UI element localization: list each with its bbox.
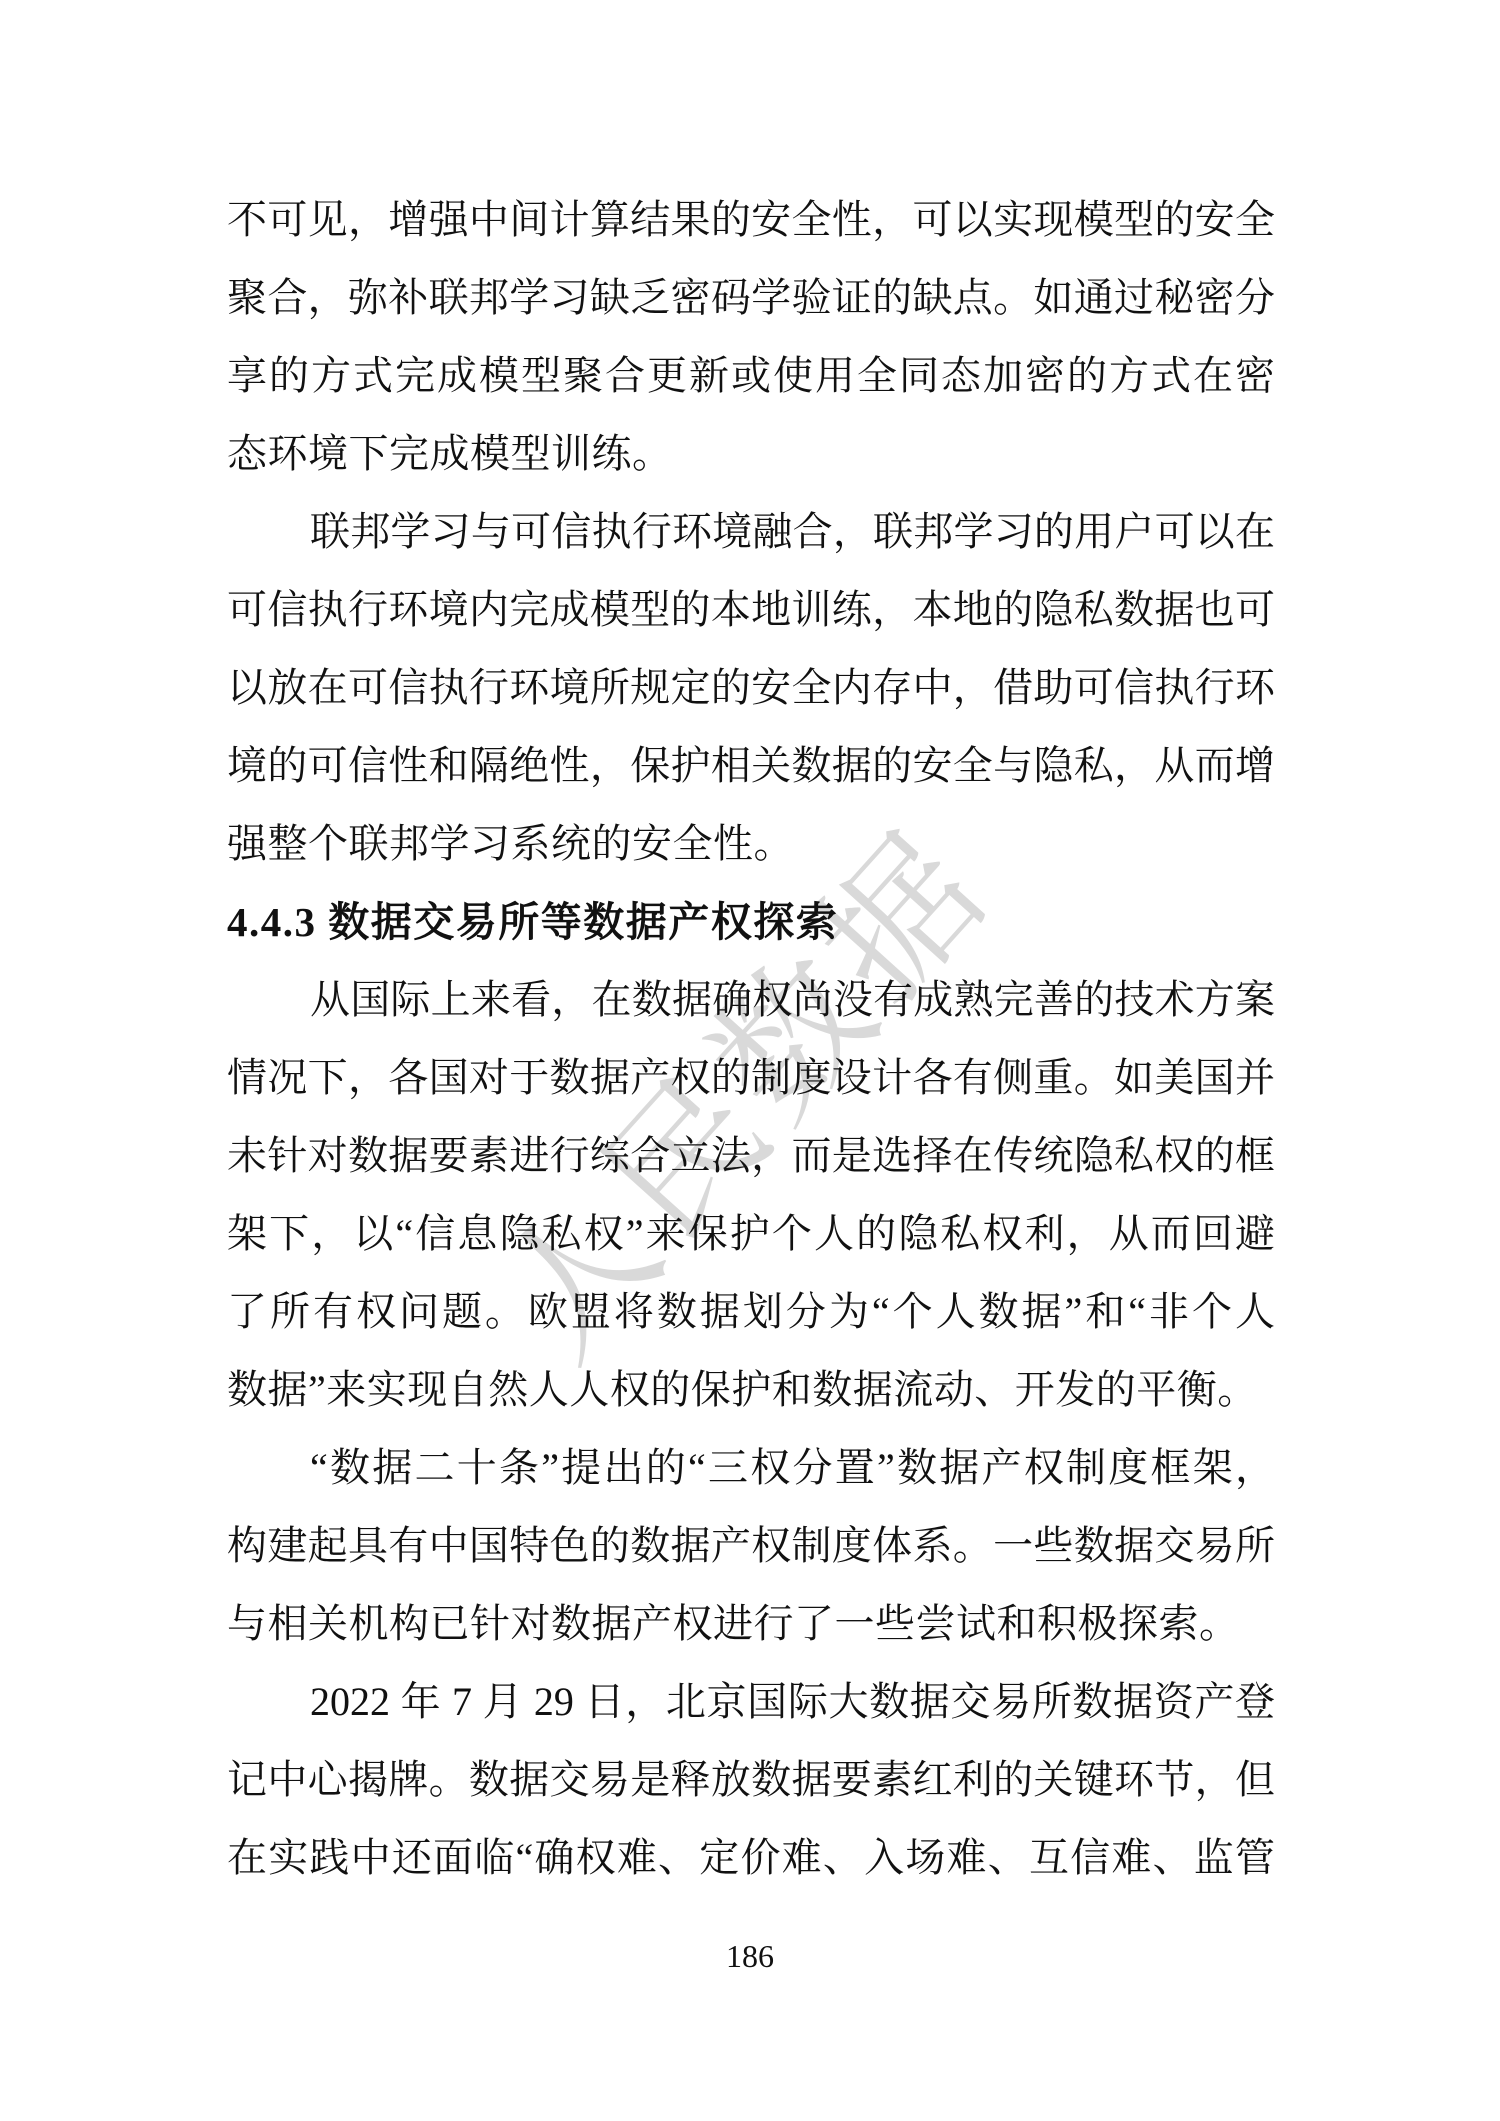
text-line: 记中心揭牌。数据交易是释放数据要素红利的关键环节，但 [227,1741,1275,1819]
text-line: 未针对数据要素进行综合立法，而是选择在传统隐私权的框 [227,1117,1275,1195]
document-page: 人民数据 不可见，增强中间计算结果的安全性，可以实现模型的安全聚合，弥补联邦学习… [0,0,1500,2121]
text-line: 聚合，弥补联邦学习缺乏密码学验证的缺点。如通过秘密分 [227,259,1275,337]
text-line: 与相关机构已针对数据产权进行了一些尝试和积极探索。 [227,1585,1275,1663]
text-line: 数据”来实现自然人人权的保护和数据流动、开发的平衡。 [227,1351,1275,1429]
section-heading: 4.4.3 数据交易所等数据产权探索 [227,883,1275,961]
page-number: 186 [0,1938,1500,1975]
text-line: 态环境下完成模型训练。 [227,415,1275,493]
text-line: 可信执行环境内完成模型的本地训练，本地的隐私数据也可 [227,571,1275,649]
text-line: 构建起具有中国特色的数据产权制度体系。一些数据交易所 [227,1507,1275,1585]
text-line: 架下，以“信息隐私权”来保护个人的隐私权利，从而回避 [227,1195,1275,1273]
text-line: “数据二十条”提出的“三权分置”数据产权制度框架， [227,1429,1275,1507]
text-line: 2022 年 7 月 29 日，北京国际大数据交易所数据资产登 [227,1663,1275,1741]
text-line: 享的方式完成模型聚合更新或使用全同态加密的方式在密 [227,337,1275,415]
text-line: 境的可信性和隔绝性，保护相关数据的安全与隐私，从而增 [227,727,1275,805]
paragraph: 2022 年 7 月 29 日，北京国际大数据交易所数据资产登记中心揭牌。数据交… [227,1663,1275,1897]
text-line: 强整个联邦学习系统的安全性。 [227,805,1275,883]
page-content: 不可见，增强中间计算结果的安全性，可以实现模型的安全聚合，弥补联邦学习缺乏密码学… [227,181,1275,1897]
text-line: 以放在可信执行环境所规定的安全内存中，借助可信执行环 [227,649,1275,727]
paragraph: 从国际上来看，在数据确权尚没有成熟完善的技术方案情况下，各国对于数据产权的制度设… [227,961,1275,1429]
text-line: 在实践中还面临“确权难、定价难、入场难、互信难、监管 [227,1819,1275,1897]
text-line: 从国际上来看，在数据确权尚没有成熟完善的技术方案 [227,961,1275,1039]
text-line: 了所有权问题。欧盟将数据划分为“个人数据”和“非个人 [227,1273,1275,1351]
paragraph: “数据二十条”提出的“三权分置”数据产权制度框架，构建起具有中国特色的数据产权制… [227,1429,1275,1663]
text-line: 情况下，各国对于数据产权的制度设计各有侧重。如美国并 [227,1039,1275,1117]
paragraph: 联邦学习与可信执行环境融合，联邦学习的用户可以在可信执行环境内完成模型的本地训练… [227,493,1275,883]
text-line: 不可见，增强中间计算结果的安全性，可以实现模型的安全 [227,181,1275,259]
paragraph: 不可见，增强中间计算结果的安全性，可以实现模型的安全聚合，弥补联邦学习缺乏密码学… [227,181,1275,493]
text-line: 联邦学习与可信执行环境融合，联邦学习的用户可以在 [227,493,1275,571]
section-heading-block: 4.4.3 数据交易所等数据产权探索 [227,883,1275,961]
